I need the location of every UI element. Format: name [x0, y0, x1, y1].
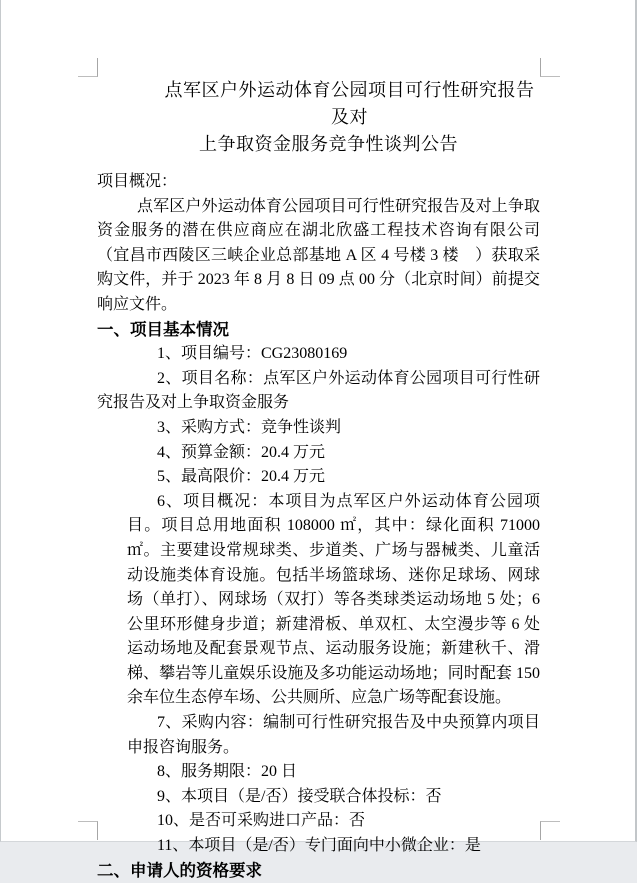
- item-project-number: 1、项目编号：CG23080169: [97, 342, 540, 367]
- item-project-overview: 6、项目概况：本项目为点军区户外运动体育公园项目。项目总用地面积 108000 …: [97, 490, 540, 711]
- item-max-price: 5、最高限价：20.4 万元: [97, 465, 540, 490]
- item-budget-amount: 4、预算金额：20.4 万元: [97, 441, 540, 466]
- item-consortium-bid: 9、本项目（是/否）接受联合体投标：否: [97, 785, 540, 810]
- document-content: 点军区户外运动体育公园项目可行性研究报告及对 上争取资金服务竞争性谈判公告 项目…: [97, 77, 540, 850]
- item-service-period: 8、服务期限：20 日: [97, 760, 540, 785]
- document-title-line2: 上争取资金服务竞争性谈判公告: [97, 131, 540, 158]
- margin-crop-mark-bottom-left: [78, 821, 98, 840]
- margin-crop-mark-top-right: [540, 58, 560, 77]
- item-procurement-method: 3、采购方式：竞争性谈判: [97, 416, 540, 441]
- section1-heading: 一、项目基本情况: [97, 318, 540, 343]
- overview-label: 项目概况：: [97, 170, 540, 195]
- document-page: 点军区户外运动体育公园项目可行性研究报告及对 上争取资金服务竞争性谈判公告 项目…: [0, 0, 637, 842]
- document-title: 点军区户外运动体育公园项目可行性研究报告及对 上争取资金服务竞争性谈判公告: [97, 77, 540, 158]
- item-imported-products: 10、是否可采购进口产品：否: [97, 809, 540, 834]
- document-title-line1: 点军区户外运动体育公园项目可行性研究报告及对: [97, 77, 540, 131]
- item-project-name: 2、项目名称：点军区户外运动体育公园项目可行性研究报告及对上争取资金服务: [97, 367, 540, 416]
- margin-crop-mark-bottom-right: [540, 821, 560, 840]
- intro-paragraph: 点军区户外运动体育公园项目可行性研究报告及对上争取资金服务的潜在供应商应在湖北欣…: [97, 195, 540, 318]
- item-small-enterprises: 11、本项目（是/否）专门面向中小微企业：是: [97, 834, 540, 850]
- item-procurement-content: 7、采购内容：编制可行性研究报告及中央预算内项目申报咨询服务。: [97, 711, 540, 760]
- margin-crop-mark-top-left: [78, 58, 98, 77]
